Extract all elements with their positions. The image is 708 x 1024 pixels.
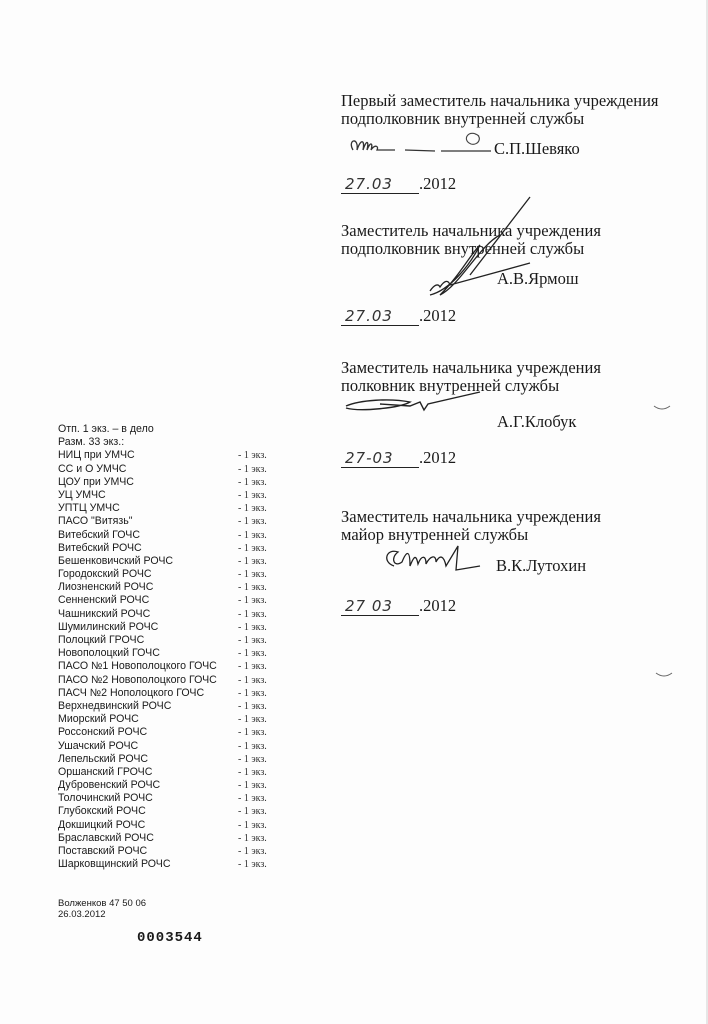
signature-date: 27-03.2012 bbox=[341, 448, 456, 468]
date-year: .2012 bbox=[419, 306, 456, 325]
recipient-name: СС и О УМЧС bbox=[58, 463, 126, 475]
signature-2 bbox=[410, 195, 550, 315]
distribution-item: Россонский РОЧС- 1 экз. bbox=[58, 726, 217, 739]
distribution-item: Оршанский ГРОЧС- 1 экз. bbox=[58, 766, 217, 779]
recipient-name: Докшицкий РОЧС bbox=[58, 819, 145, 831]
distribution-item: Докшицкий РОЧС- 1 экз. bbox=[58, 819, 217, 832]
registration-number: 0003544 bbox=[137, 930, 203, 946]
copy-count: - 1 экз. bbox=[238, 634, 267, 647]
distribution-item: Шарковщинский РОЧС- 1 экз. bbox=[58, 858, 217, 871]
date-blank: 27 03 bbox=[341, 597, 419, 616]
recipient-name: Шарковщинский РОЧС bbox=[58, 858, 171, 870]
distribution-item: ПАСО №2 Новополоцкого ГОЧС- 1 экз. bbox=[58, 674, 217, 687]
distribution-item: НИЦ при УМЧС- 1 экз. bbox=[58, 449, 217, 462]
signatory-block-1: Первый заместитель начальника учреждения… bbox=[341, 92, 659, 128]
signatory-name: С.П.Шевяко bbox=[494, 139, 580, 159]
signature-4 bbox=[380, 538, 490, 580]
punch-mark bbox=[654, 671, 674, 679]
recipient-name: Лепельский РОЧС bbox=[58, 753, 148, 765]
distribution-item: УПТЦ УМЧС- 1 экз. bbox=[58, 502, 217, 515]
recipient-name: Витебский ГОЧС bbox=[58, 529, 140, 541]
distribution-item: Миорский РОЧС- 1 экз. bbox=[58, 713, 217, 726]
copy-count: - 1 экз. bbox=[238, 687, 267, 700]
copy-count: - 1 экз. bbox=[238, 845, 267, 858]
signatory-name: А.Г.Клобук bbox=[497, 412, 576, 432]
recipient-name: ПАСО №1 Новополоцкого ГОЧС bbox=[58, 660, 217, 672]
copy-count: - 1 экз. bbox=[238, 502, 267, 515]
signatory-title: Заместитель начальника учреждения bbox=[341, 508, 601, 526]
recipient-name: УПТЦ УМЧС bbox=[58, 502, 120, 514]
date-year: .2012 bbox=[419, 596, 456, 615]
recipient-name: Миорский РОЧС bbox=[58, 713, 139, 725]
distribution-item: ПАСЧ №2 Нополоцкого ГОЧС- 1 экз. bbox=[58, 687, 217, 700]
distribution-item: Глубокский РОЧС- 1 экз. bbox=[58, 805, 217, 818]
recipient-name: ПАСЧ №2 Нополоцкого ГОЧС bbox=[58, 687, 204, 699]
signature-date: 27.03.2012 bbox=[341, 174, 456, 194]
distribution-item: ЦОУ при УМЧС- 1 экз. bbox=[58, 476, 217, 489]
copy-count: - 1 экз. bbox=[238, 463, 267, 476]
distribution-item: Браславский РОЧС- 1 экз. bbox=[58, 832, 217, 845]
distribution-count: Разм. 33 экз.: bbox=[58, 436, 217, 449]
handwritten-date: 27.03 bbox=[345, 307, 393, 325]
copy-count: - 1 экз. bbox=[238, 476, 267, 489]
date-blank: 27.03 bbox=[341, 175, 419, 194]
recipient-name: Городокский РОЧС bbox=[58, 568, 152, 580]
recipient-name: Витебский РОЧС bbox=[58, 542, 142, 554]
signature-date: 27.03.2012 bbox=[341, 306, 456, 326]
recipient-name: Глубокский РОЧС bbox=[58, 805, 146, 817]
distribution-item: ПАСО №1 Новополоцкого ГОЧС- 1 экз. bbox=[58, 660, 217, 673]
distribution-item: Чашникский РОЧС- 1 экз. bbox=[58, 608, 217, 621]
distribution-item: Шумилинский РОЧС- 1 экз. bbox=[58, 621, 217, 634]
document-page: Первый заместитель начальника учреждения… bbox=[0, 0, 708, 1024]
date-blank: 27.03 bbox=[341, 307, 419, 326]
distribution-item: УЦ УМЧС- 1 экз. bbox=[58, 489, 217, 502]
distribution-item: Бешенковичский РОЧС- 1 экз. bbox=[58, 555, 217, 568]
recipient-name: Россонский РОЧС bbox=[58, 726, 147, 738]
signatory-title: Заместитель начальника учреждения bbox=[341, 359, 601, 377]
recipient-name: Дубровенский РОЧС bbox=[58, 779, 160, 791]
copy-count: - 1 экз. bbox=[238, 674, 267, 687]
copy-count: - 1 экз. bbox=[238, 740, 267, 753]
copy-count: - 1 экз. bbox=[238, 555, 267, 568]
distribution-item: Толочинский РОЧС- 1 экз. bbox=[58, 792, 217, 805]
handwritten-date: 27-03 bbox=[345, 449, 394, 467]
copy-count: - 1 экз. bbox=[238, 805, 267, 818]
distribution-header: Отп. 1 экз. – в дело bbox=[58, 423, 217, 436]
footer-date: 26.03.2012 bbox=[58, 909, 146, 920]
copy-count: - 1 экз. bbox=[238, 621, 267, 634]
signatory-title: Первый заместитель начальника учреждения bbox=[341, 92, 659, 110]
distribution-item: ПАСО "Витязь"- 1 экз. bbox=[58, 515, 217, 528]
copy-count: - 1 экз. bbox=[238, 819, 267, 832]
copy-count: - 1 экз. bbox=[238, 608, 267, 621]
copy-count: - 1 экз. bbox=[238, 529, 267, 542]
distribution-list: Отп. 1 экз. – в дело Разм. 33 экз.: НИЦ … bbox=[58, 423, 217, 871]
copy-count: - 1 экз. bbox=[238, 779, 267, 792]
distribution-item: Сенненский РОЧС- 1 экз. bbox=[58, 594, 217, 607]
copy-count: - 1 экз. bbox=[238, 858, 267, 871]
distribution-item: Ушачский РОЧС- 1 экз. bbox=[58, 740, 217, 753]
copy-count: - 1 экз. bbox=[238, 713, 267, 726]
footer-info: Волженков 47 50 06 26.03.2012 bbox=[58, 898, 146, 920]
recipient-name: Толочинский РОЧС bbox=[58, 792, 153, 804]
signature-1 bbox=[345, 126, 505, 164]
copy-count: - 1 экз. bbox=[238, 792, 267, 805]
recipient-name: ЦОУ при УМЧС bbox=[58, 476, 134, 488]
handwritten-date: 27.03 bbox=[345, 175, 393, 193]
copy-count: - 1 экз. bbox=[238, 568, 267, 581]
distribution-item: Лепельский РОЧС- 1 экз. bbox=[58, 753, 217, 766]
date-year: .2012 bbox=[419, 174, 456, 193]
distribution-item: Городокский РОЧС- 1 экз. bbox=[58, 568, 217, 581]
recipient-name: Сенненский РОЧС bbox=[58, 594, 149, 606]
distribution-item: Новополоцкий ГОЧС- 1 экз. bbox=[58, 647, 217, 660]
recipient-name: ПАСО "Витязь" bbox=[58, 515, 133, 527]
recipient-name: УЦ УМЧС bbox=[58, 489, 106, 501]
handwritten-date: 27 03 bbox=[345, 597, 393, 615]
distribution-item: Лиозненский РОЧС- 1 экз. bbox=[58, 581, 217, 594]
copy-count: - 1 экз. bbox=[238, 832, 267, 845]
copy-count: - 1 экз. bbox=[238, 700, 267, 713]
signature-3 bbox=[340, 388, 490, 424]
copy-count: - 1 экз. bbox=[238, 753, 267, 766]
recipient-name: Шумилинский РОЧС bbox=[58, 621, 158, 633]
copy-count: - 1 экз. bbox=[238, 581, 267, 594]
date-blank: 27-03 bbox=[341, 449, 419, 468]
signatory-name: А.В.Ярмош bbox=[497, 269, 579, 289]
copy-count: - 1 экз. bbox=[238, 766, 267, 779]
date-year: .2012 bbox=[419, 448, 456, 467]
recipient-name: Полоцкий ГРОЧС bbox=[58, 634, 144, 646]
recipient-name: Бешенковичский РОЧС bbox=[58, 555, 173, 567]
recipient-name: Новополоцкий ГОЧС bbox=[58, 647, 160, 659]
copy-count: - 1 экз. bbox=[238, 515, 267, 528]
recipient-name: Лиозненский РОЧС bbox=[58, 581, 153, 593]
copy-count: - 1 экз. bbox=[238, 726, 267, 739]
copy-count: - 1 экз. bbox=[238, 647, 267, 660]
distribution-item: СС и О УМЧС- 1 экз. bbox=[58, 463, 217, 476]
recipient-name: Поставский РОЧС bbox=[58, 845, 147, 857]
copy-count: - 1 экз. bbox=[238, 489, 267, 502]
recipient-name: Чашникский РОЧС bbox=[58, 608, 150, 620]
recipient-name: Браславский РОЧС bbox=[58, 832, 154, 844]
distribution-item: Верхнедвинский РОЧС- 1 экз. bbox=[58, 700, 217, 713]
copy-count: - 1 экз. bbox=[238, 594, 267, 607]
recipient-name: Верхнедвинский РОЧС bbox=[58, 700, 171, 712]
copy-count: - 1 экз. bbox=[238, 542, 267, 555]
signature-date: 27 03.2012 bbox=[341, 596, 456, 616]
recipient-name: ПАСО №2 Новополоцкого ГОЧС bbox=[58, 674, 217, 686]
punch-mark bbox=[652, 404, 672, 412]
distribution-item: Поставский РОЧС- 1 экз. bbox=[58, 845, 217, 858]
author-phone: Волженков 47 50 06 bbox=[58, 898, 146, 909]
copy-count: - 1 экз. bbox=[238, 660, 267, 673]
recipient-name: Ушачский РОЧС bbox=[58, 740, 138, 752]
signatory-name: В.К.Лутохин bbox=[496, 556, 586, 576]
distribution-item: Дубровенский РОЧС- 1 экз. bbox=[58, 779, 217, 792]
recipient-name: НИЦ при УМЧС bbox=[58, 449, 135, 461]
distribution-item: Витебский РОЧС- 1 экз. bbox=[58, 542, 217, 555]
distribution-item: Витебский ГОЧС- 1 экз. bbox=[58, 529, 217, 542]
copy-count: - 1 экз. bbox=[238, 449, 267, 462]
recipient-name: Оршанский ГРОЧС bbox=[58, 766, 152, 778]
distribution-item: Полоцкий ГРОЧС- 1 экз. bbox=[58, 634, 217, 647]
